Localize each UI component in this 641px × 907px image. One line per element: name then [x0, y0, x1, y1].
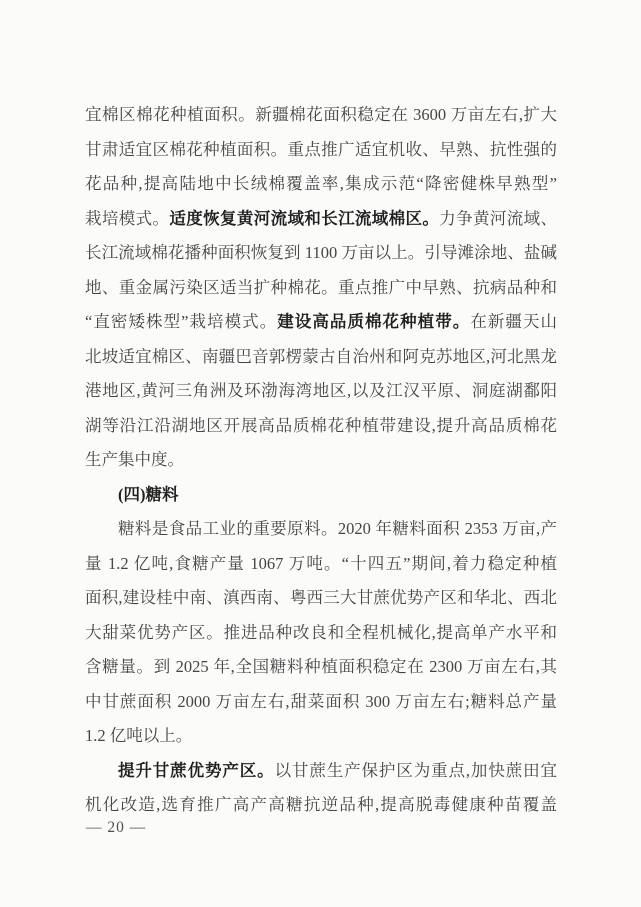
emphasis-text-run: 适度恢复黄河流域和长江流域棉区。 [169, 209, 439, 228]
text-run: 港地区,黄河三角洲及环渤海湾地区,以及江汉平原、洞庭湖鄱阳 [85, 381, 557, 400]
page-number: — 20 — [86, 818, 146, 838]
text-run: 长江流域棉花播种面积恢复到 1100 万亩以上。引导滩涂地、盐碱 [85, 243, 557, 262]
text-run: 宜棉区棉花种植面积。新疆棉花面积稳定在 3600 万亩左右,扩大 [85, 105, 557, 124]
document-body: 宜棉区棉花种植面积。新疆棉花面积稳定在 3600 万亩左右,扩大甘肃适宜区棉花种… [85, 98, 557, 823]
text-line: 港地区,黄河三角洲及环渤海湾地区,以及江汉平原、洞庭湖鄱阳 [85, 374, 557, 409]
emphasis-text-run: (四)糖料 [118, 485, 179, 504]
text-line: 机化改造,选育推广高产高糖抗逆品种,提高脱毒健康种苗覆盖 [85, 788, 557, 823]
text-line: 花品种,提高陆地中长绒棉覆盖率,集成示范“降密健株早熟型” [85, 167, 557, 202]
text-line: 中甘蔗面积 2000 万亩左右,甜菜面积 300 万亩左右;糖料总产量 [85, 685, 557, 720]
emphasis-text-run: 提升甘蔗优势产区。 [118, 761, 275, 780]
text-run: 机化改造,选育推广高产高糖抗逆品种,提高脱毒健康种苗覆盖 [85, 795, 557, 814]
text-run: 面积,建设桂中南、滇西南、粤西三大甘蔗优势产区和华北、西北两 [85, 588, 557, 616]
text-line: 宜棉区棉花种植面积。新疆棉花面积稳定在 3600 万亩左右,扩大 [85, 98, 557, 133]
text-run: 湖等沿江沿湖地区开展高品质棉花种植带建设,提升高品质棉花 [85, 416, 557, 435]
text-run: 花品种,提高陆地中长绒棉覆盖率,集成示范“降密健株早熟型” [85, 174, 557, 193]
text-run: 栽培模式。 [85, 209, 169, 228]
text-run: “直密矮株型”栽培模式。 [85, 312, 277, 331]
text-run: 以甘蔗生产保护区为重点,加快蔗田宜 [275, 761, 557, 780]
text-run: 中甘蔗面积 2000 万亩左右,甜菜面积 300 万亩左右;糖料总产量 [85, 692, 557, 711]
text-run: 力争黄河流域、 [439, 209, 557, 228]
cotton-paragraph-continuation: 宜棉区棉花种植面积。新疆棉花面积稳定在 3600 万亩左右,扩大甘肃适宜区棉花种… [85, 98, 557, 478]
text-line: 1.2 亿吨以上。 [85, 719, 557, 754]
text-line: 栽培模式。适度恢复黄河流域和长江流域棉区。力争黄河流域、 [85, 202, 557, 237]
text-run: 甘肃适宜区棉花种植面积。重点推广适宜机收、早熟、抗性强的棉 [85, 140, 557, 168]
emphasis-text-run: 建设高品质棉花种植带。 [277, 312, 470, 331]
text-line: “直密矮株型”栽培模式。建设高品质棉花种植带。在新疆天山 [85, 305, 557, 340]
text-line: 甘肃适宜区棉花种植面积。重点推广适宜机收、早熟、抗性强的棉 [85, 133, 557, 168]
text-line: 面积,建设桂中南、滇西南、粤西三大甘蔗优势产区和华北、西北两 [85, 581, 557, 616]
text-run: 生产集中度。 [85, 450, 184, 469]
text-run: 北坡适宜棉区、南疆巴音郭楞蒙古自治州和阿克苏地区,河北黑龙 [85, 347, 557, 366]
text-run: 地、重金属污染区适当扩种棉花。重点推广中早熟、抗病品种和 [85, 278, 557, 297]
text-line: 北坡适宜棉区、南疆巴音郭楞蒙古自治州和阿克苏地区,河北黑龙 [85, 340, 557, 375]
text-run: 1.2 亿吨以上。 [85, 726, 192, 745]
text-line: 长江流域棉花播种面积恢复到 1100 万亩以上。引导滩涂地、盐碱 [85, 236, 557, 271]
text-line: 生产集中度。 [85, 443, 557, 478]
text-line: 大甜菜优势产区。推进品种改良和全程机械化,提高单产水平和 [85, 616, 557, 651]
text-line: 地、重金属污染区适当扩种棉花。重点推广中早熟、抗病品种和 [85, 271, 557, 306]
text-line: 提升甘蔗优势产区。以甘蔗生产保护区为重点,加快蔗田宜 [85, 754, 557, 789]
text-line: 含糖量。到 2025 年,全国糖料种植面积稳定在 2300 万亩左右,其 [85, 650, 557, 685]
document-page: 宜棉区棉花种植面积。新疆棉花面积稳定在 3600 万亩左右,扩大甘肃适宜区棉花种… [0, 0, 641, 907]
text-line: 糖料是食品工业的重要原料。2020 年糖料面积 2353 万亩,产 [85, 512, 557, 547]
text-line: 湖等沿江沿湖地区开展高品质棉花种植带建设,提升高品质棉花 [85, 409, 557, 444]
sugar-overview-paragraph: 糖料是食品工业的重要原料。2020 年糖料面积 2353 万亩,产量 1.2 亿… [85, 512, 557, 754]
text-run: 量 1.2 亿吨,食糖产量 1067 万吨。“十四五”期间,着力稳定种植 [85, 554, 557, 573]
text-run: 含糖量。到 2025 年,全国糖料种植面积稳定在 2300 万亩左右,其 [85, 657, 557, 676]
sugarcane-advantage-paragraph: 提升甘蔗优势产区。以甘蔗生产保护区为重点,加快蔗田宜机化改造,选育推广高产高糖抗… [85, 754, 557, 823]
text-line: (四)糖料 [85, 478, 557, 513]
text-run: 糖料是食品工业的重要原料。2020 年糖料面积 2353 万亩,产 [118, 519, 557, 538]
text-line: 量 1.2 亿吨,食糖产量 1067 万吨。“十四五”期间,着力稳定种植 [85, 547, 557, 582]
section-heading-sugar: (四)糖料 [85, 478, 557, 513]
text-run: 在新疆天山 [470, 312, 557, 331]
text-run: 大甜菜优势产区。推进品种改良和全程机械化,提高单产水平和 [85, 623, 557, 642]
